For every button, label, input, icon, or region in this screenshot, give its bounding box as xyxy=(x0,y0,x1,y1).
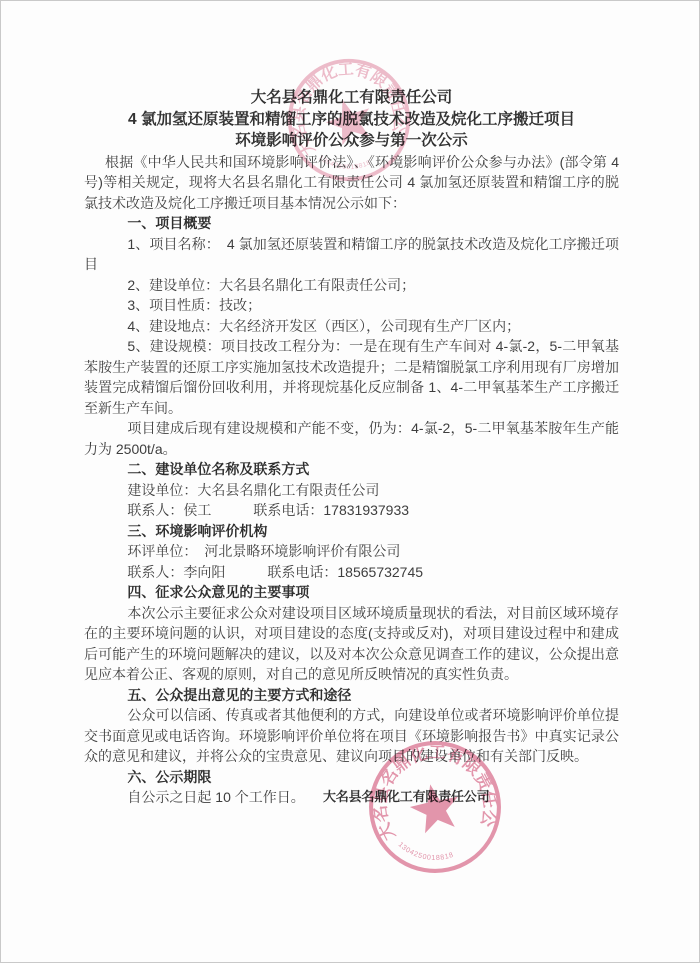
section-2-item-1: 建设单位：大名县名鼎化工有限责任公司 xyxy=(84,480,619,501)
signature-company-name: 大名县名鼎化工有限责任公司 xyxy=(323,786,489,805)
document-title-line-1: 大名县名鼎化工有限责任公司 xyxy=(84,87,619,109)
section-3-item-2: 联系人：李向阳 联系电话：18565732745 xyxy=(84,562,619,583)
section-5-paragraph: 公众可以信函、传真或者其他便利的方式，向建设单位或者环境影响评价单位提交书面意见… xyxy=(84,705,619,767)
svg-text:1304250018818: 1304250018818 xyxy=(396,831,455,871)
section-3-item-1: 环评单位： 河北景略环境影响评价有限公司 xyxy=(84,541,619,562)
section-1-item-2: 2、建设单位：大名县名鼎化工有限责任公司； xyxy=(84,275,619,296)
section-1-item-4: 4、建设地点：大名经济开发区（西区），公司现有生产厂区内； xyxy=(84,316,619,337)
section-3-heading: 三、环境影响评价机构 xyxy=(84,521,619,542)
section-5-heading: 五、公众提出意见的主要方式和途径 xyxy=(84,685,619,706)
section-1-heading: 一、项目概要 xyxy=(84,213,619,234)
section-1-item-5: 5、建设规模：项目技改工程分为：一是在现有生产车间对 4-氯-2，5-二甲氧基苯… xyxy=(84,336,619,418)
section-1-paragraph: 项目建成后现有建设规模和产能不变，仍为：4-氯-2，5-二甲氧基苯胺年生产能力为… xyxy=(84,418,619,459)
seal-number: 1304250018818 xyxy=(396,831,455,871)
section-1-item-3: 3、项目性质：技改； xyxy=(84,295,619,316)
section-4-heading: 四、征求公众意见的主要事项 xyxy=(84,582,619,603)
section-2-heading: 二、建设单位名称及联系方式 xyxy=(84,459,619,480)
document-title-line-3: 环境影响评价公众参与第一次公示 xyxy=(84,130,619,152)
section-2-item-2: 联系人：侯工 联系电话：17831937933 xyxy=(84,500,619,521)
intro-paragraph: 根据《中华人民共和国环境影响评价法》、《环境影响评价公众参与办法》(部令第 4 … xyxy=(84,152,619,214)
section-6-heading: 六、公示期限 xyxy=(84,767,619,788)
document-title-line-2: 4 氯加氢还原装置和精馏工序的脱氯技术改造及烷化工序搬迁项目 xyxy=(84,109,619,131)
section-4-paragraph: 本次公示主要征求公众对建设项目区域环境质量现状的看法，对目前区域环境存在的主要环… xyxy=(84,603,619,685)
document-body: 大名县名鼎化工有限责任公司 4 氯加氢还原装置和精馏工序的脱氯技术改造及烷化工序… xyxy=(84,87,619,808)
document-page: 大名县名鼎化工有限责任公司 4 氯加氢还原装置和精馏工序的脱氯技术改造及烷化工序… xyxy=(0,0,700,963)
section-1-item-1: 1、项目名称： 4 氯加氢还原装置和精馏工序的脱氯技术改造及烷化工序搬迁项目 xyxy=(84,234,619,275)
